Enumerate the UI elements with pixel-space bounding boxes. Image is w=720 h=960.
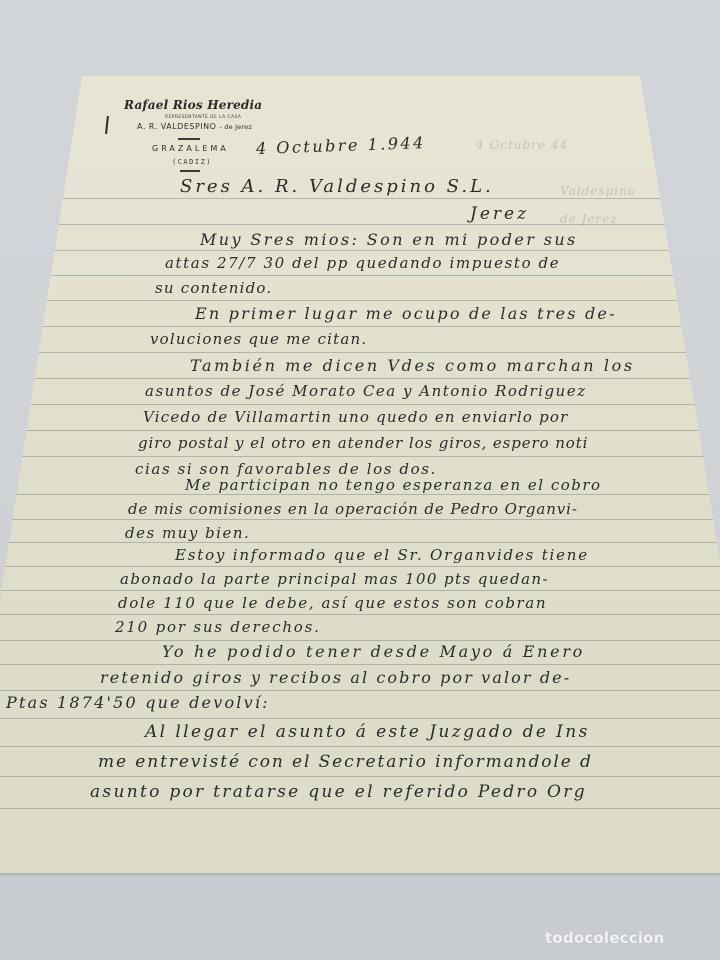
recipient-city: Jerez <box>470 204 529 224</box>
ruled-line <box>0 776 720 777</box>
ruled-line <box>0 808 720 809</box>
body-line: Me participan no tengo esperanza en el c… <box>185 476 602 494</box>
ruled-line <box>0 519 720 520</box>
watermark-logo: todocoleccion <box>545 929 665 947</box>
ruled-line <box>0 566 720 567</box>
ruled-line <box>0 198 720 199</box>
letterhead-house: A. R. VALDESPINO - de Jerez <box>137 122 252 131</box>
body-line: me entrevisté con el Secretario informan… <box>98 752 593 772</box>
body-line: En primer lugar me ocupo de las tres de- <box>195 304 617 323</box>
body-line: attas 27/7 30 del pp quedando impuesto d… <box>165 254 560 272</box>
letter-date: 4 Octubre 1.944 <box>256 133 426 158</box>
ruled-line <box>0 456 720 457</box>
ruled-line <box>0 640 720 641</box>
bleed-through-text: 4 Octubre 44 <box>476 138 568 152</box>
ruled-line <box>0 275 720 276</box>
body-line: su contenido. <box>155 279 272 297</box>
ruled-line <box>0 494 720 495</box>
ruled-line <box>0 614 720 615</box>
ruled-line <box>0 300 720 301</box>
ruled-line <box>0 326 720 327</box>
margin-mark <box>105 116 109 134</box>
body-line: dole 110 que le debe, así que estos son … <box>118 594 547 612</box>
ruled-line <box>0 664 720 665</box>
body-line: asunto por tratarse que el referido Pedr… <box>90 782 587 802</box>
body-line: Vicedo de Villamartin uno quedo en envia… <box>143 408 568 426</box>
body-line: Al llegar el asunto á este Juzgado de In… <box>145 722 590 742</box>
letterhead-city: GRAZALEMA <box>152 144 229 153</box>
ruled-line <box>0 690 720 691</box>
ruled-line <box>0 542 720 543</box>
ruled-line <box>0 404 720 405</box>
letterhead-name: Rafael Rios Heredia <box>124 98 262 112</box>
body-line: des muy bien. <box>125 524 250 542</box>
letter-paper: 4 Octubre 44 Valdespino de Jerez Rafael … <box>0 0 720 960</box>
body-line: Estoy informado que el Sr. Organvides ti… <box>175 546 589 564</box>
paper-edge-shadow <box>0 873 720 877</box>
letterhead-divider <box>180 170 200 172</box>
letterhead-subtitle: REPRESENTANTE DE LA CASA <box>165 115 241 120</box>
ruled-line <box>0 430 720 431</box>
letterhead-house-suffix: - de Jerez <box>219 123 251 131</box>
letterhead-house-name: A. R. VALDESPINO <box>137 122 216 131</box>
letterhead-province: (CADIZ) <box>172 158 212 166</box>
ruled-line <box>0 352 720 353</box>
body-line: voluciones que me citan. <box>150 330 367 348</box>
bleed-through-text: Valdespino <box>560 184 636 198</box>
body-line: Ptas 1874'50 que devolví: <box>6 693 270 712</box>
recipient-line: Sres A. R. Valdespino S.L. <box>180 176 494 197</box>
ruled-line <box>0 590 720 591</box>
body-line: giro postal y el otro en atender los gir… <box>138 434 588 452</box>
body-line: asuntos de José Morato Cea y Antonio Rod… <box>145 382 587 400</box>
ruled-line <box>0 718 720 719</box>
body-line: retenido giros y recibos al cobro por va… <box>100 668 571 687</box>
body-line: abonado la parte principal mas 100 pts q… <box>120 570 549 588</box>
letterhead-divider <box>178 138 200 140</box>
body-line: Yo he podido tener desde Mayo á Enero <box>162 642 585 661</box>
body-line: También me dicen Vdes como marchan los <box>190 356 635 375</box>
ruled-line <box>0 250 720 251</box>
body-line: Muy Sres mios: Son en mi poder sus <box>200 230 578 249</box>
ruled-line <box>0 378 720 379</box>
bleed-through-text: de Jerez <box>560 212 618 226</box>
ruled-line <box>0 746 720 747</box>
body-line: de mis comisiones en la operación de Ped… <box>128 500 578 518</box>
body-line: 210 por sus derechos. <box>115 618 321 636</box>
